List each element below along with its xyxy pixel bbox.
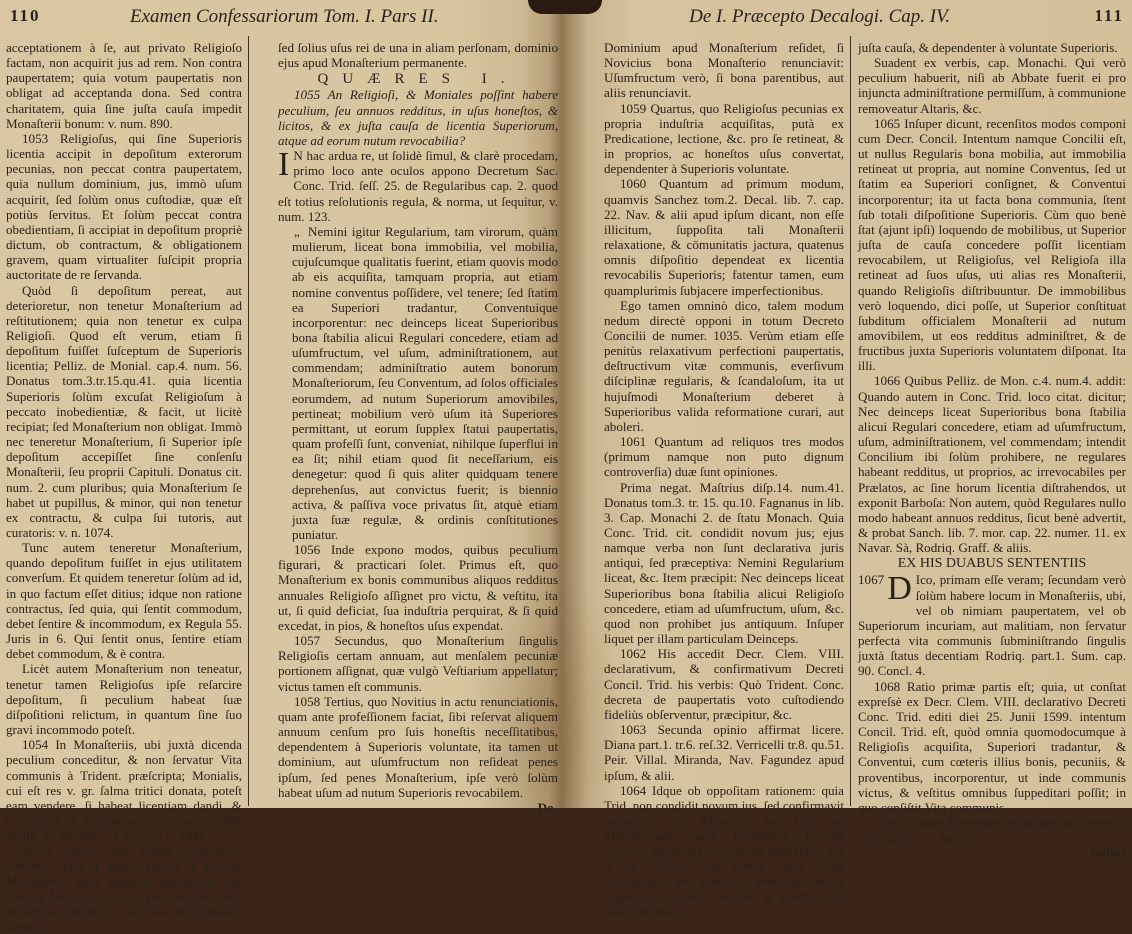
paragraph: Dominium apud Monaſterium reſidet, ſi No…	[604, 40, 844, 101]
quoted-decree: Nemini igitur Regularium, tam virorum, q…	[278, 224, 558, 542]
paragraph: 1055 An Religioſi, & Moniales poſſint ha…	[278, 87, 558, 148]
page-number: 110	[10, 6, 41, 26]
paragraph: Tunc autem teneretur Monaſterium, quando…	[6, 540, 242, 661]
paragraph: Licèt autem Monaſterium non teneatur, te…	[6, 661, 242, 737]
paragraph: 1066 Quibus Pelliz. de Mon. c.4. num.4. …	[858, 373, 1126, 555]
paragraph: 1057 Secundus, quo Monaſterium ſingulis …	[278, 633, 558, 694]
paragraph: 1065 Inſuper dicunt, recenſitos modos co…	[858, 116, 1126, 374]
paragraph: 1054 In Monaſteriis, ubi juxtà dicenda p…	[6, 737, 242, 808]
paragraph: Quòd ſi depoſitum pereat, aut deterioret…	[6, 283, 242, 541]
right-column-1: Dominium apud Monaſterium reſidet, ſi No…	[604, 40, 844, 808]
paragraph: ſed ſolius uſus rei de una in aliam perſ…	[278, 40, 558, 70]
right-page: De I. Præcepto Decalogi. Cap. IV. 111 Do…	[582, 0, 1132, 808]
paragraph: Suadent ex verbis, cap. Monachi. Qui ver…	[858, 55, 1126, 116]
left-column-2: ſed ſolius uſus rei de una in aliam perſ…	[278, 40, 558, 808]
book-spread: 110 Examen Confessariorum Tom. I. Pars I…	[0, 0, 1132, 808]
paragraph: 1053 Religioſus, qui ſine Superioris lic…	[6, 131, 242, 283]
section-heading: QUÆRES I.	[278, 72, 558, 87]
right-running-head: De I. Præcepto Decalogi. Cap. IV. 111	[582, 6, 1132, 28]
paragraph: 1068 Ratio primæ partis eſt; quia, ut co…	[858, 679, 1126, 808]
paragraph: 1064 Idque ob oppoſitam rationem: quia T…	[604, 783, 844, 808]
page-number: 111	[1094, 6, 1124, 26]
paragraph-dropcap: 1067 DIco, primam eſſe veram; ſecundam v…	[858, 572, 1126, 678]
paragraph: 1059 Quartus, quo Religioſus pecunias ex…	[604, 101, 844, 177]
left-page: 110 Examen Confessariorum Tom. I. Pars I…	[0, 0, 560, 808]
paragraph: 1063 Secunda opinio affirmat licere. Dia…	[604, 722, 844, 783]
left-running-head: 110 Examen Confessariorum Tom. I. Pars I…	[0, 6, 560, 28]
paragraph: 1058 Tertius, quo Novitius in actu renun…	[278, 694, 558, 800]
section-subheading: EX HIS DUABUS SENTENTIIS	[858, 556, 1126, 571]
paragraph: juſta cauſa, & dependenter à voluntate S…	[858, 40, 1126, 55]
left-column-1: acceptationem à ſe, aut privato Religioſ…	[6, 40, 242, 808]
paragraph: 1061 Quantum ad reliquos tres modos (pri…	[604, 434, 844, 479]
running-head-title: De I. Præcepto Decalogi. Cap. IV.	[590, 6, 950, 28]
paragraph: 1060 Quantum ad primum modum, quamvis Sa…	[604, 176, 844, 297]
paragraph: 1062 His accedit Decr. Clem. VIII. decla…	[604, 646, 844, 722]
paragraph: Ego tamen omninò dico, talem modum nedum…	[604, 298, 844, 434]
paragraph-text: N hac ardua re, ut ſolidè ſimul, & clarè…	[278, 148, 558, 224]
drop-cap: I	[278, 150, 289, 180]
paragraph-dropcap: IN hac ardua re, ut ſolidè ſimul, & clar…	[278, 148, 558, 224]
catchword: Do-	[278, 800, 558, 808]
drop-cap: D	[887, 574, 912, 604]
column-rule	[850, 36, 851, 806]
running-head-title: Examen Confessariorum Tom. I. Pars II.	[130, 6, 439, 28]
paragraph: 1056 Inde expono modos, quibus peculium …	[278, 542, 558, 633]
paragraph-number: 1067	[858, 572, 884, 587]
paragraph: acceptationem à ſe, aut privato Religioſ…	[6, 40, 242, 131]
right-column-2: juſta cauſa, & dependenter à voluntate S…	[858, 40, 1126, 808]
column-rule	[248, 36, 249, 806]
paragraph: Prima negat. Maſtrius diſp.14. num.41. D…	[604, 480, 844, 647]
